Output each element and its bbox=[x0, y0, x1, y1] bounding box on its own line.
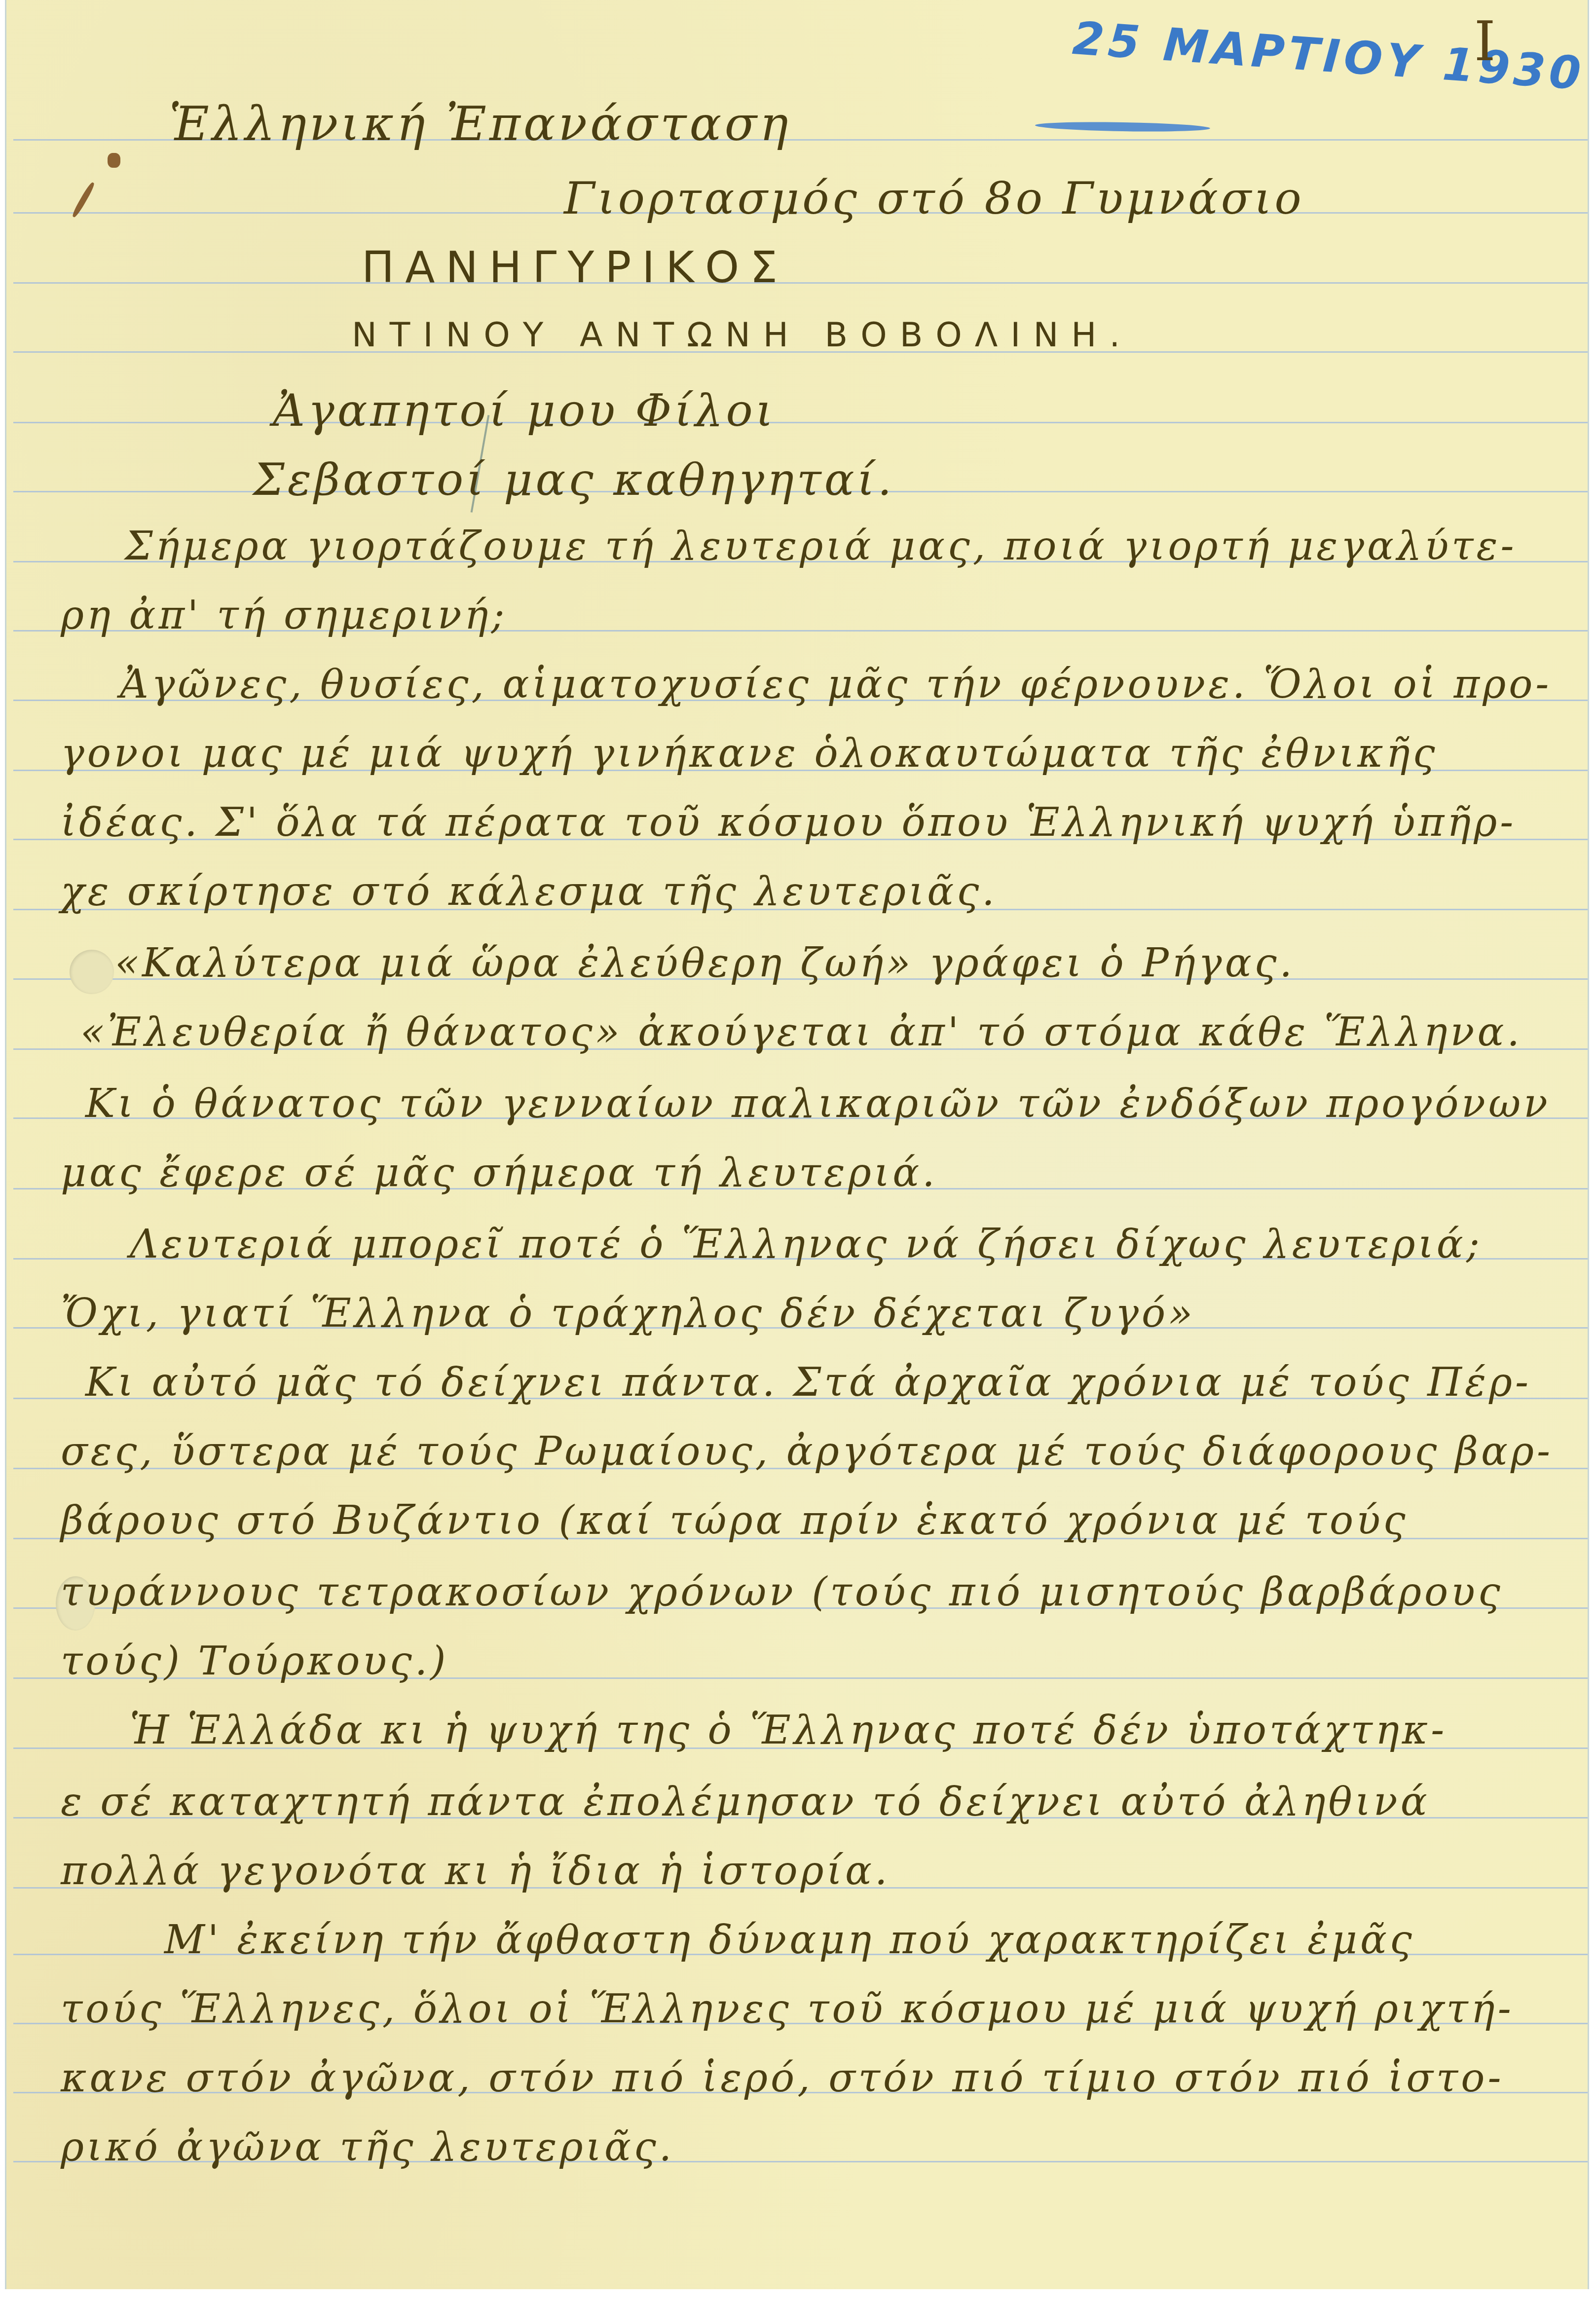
text-line: «Ἐλευθερία ἤ θάνατος» ἀκούγεται ἀπ' τό σ… bbox=[80, 1009, 1522, 1055]
text-line: Μ' ἐκείνη τήν ἄφθαστη δύναμη πού χαρακτη… bbox=[164, 1917, 1415, 1963]
text-line: Ἡ Ἑλλάδα κι ἡ ψυχή της ὁ Ἕλληνας ποτέ δέ… bbox=[130, 1707, 1447, 1753]
text-line: τυράννους τετρακοσίων χρόνων (τούς πιό μ… bbox=[61, 1569, 1503, 1615]
text-line: Ὄχι, γιατί Ἕλληνα ὁ τράχηλος δέν δέχεται… bbox=[61, 1290, 1195, 1336]
text-line: Κι ὁ θάνατος τῶν γενναίων παλικαριῶν τῶν… bbox=[85, 1080, 1551, 1126]
text-line: «Καλύτερα μιά ὥρα ἐλεύθερη ζωή» γράφει ὁ… bbox=[115, 940, 1295, 986]
text-line: ἰδέας. Σ' ὅλα τά πέρατα τοῦ κόσμου ὅπου … bbox=[61, 799, 1516, 845]
text-line: ρικό ἀγῶνα τῆς λευτεριᾶς. bbox=[61, 2124, 674, 2170]
text-line: Κι αὐτό μᾶς τό δείχνει πάντα. Στά ἀρχαῖα… bbox=[85, 1359, 1531, 1405]
salutation-line: Ἀγαπητοί μου Φίλοι bbox=[273, 385, 776, 437]
text-line: ε σέ καταχτητή πάντα ἐπολέμησαν τό δείχν… bbox=[61, 1779, 1430, 1824]
text-line: χε σκίρτησε στό κάλεσμα τῆς λευτεριᾶς. bbox=[61, 868, 998, 914]
heading-subtitle: Γιορτασμός στό 8ο Γυμνάσιο bbox=[564, 173, 1304, 224]
salutation-line: Σεβαστοί μας καθηγηταί. bbox=[253, 454, 894, 506]
heading-author: ΝΤΙΝΟΥ ΑΝΤΩΝΗ ΒΟΒΟΛΙΝΗ. bbox=[352, 316, 1133, 355]
date-annotation: 25 ΜΑΡΤΙΟΥ 1930 bbox=[1071, 12, 1587, 100]
ink-stain bbox=[108, 153, 120, 168]
punch-hole bbox=[70, 950, 114, 994]
manuscript-page: 25 ΜΑΡΤΙΟΥ 1930 I Ἑλληνική Ἐπανάσταση Γι… bbox=[5, 0, 1589, 2289]
text-line: βάρους στό Βυζάντιο (καί τώρα πρίν ἑκατό… bbox=[61, 1497, 1409, 1543]
text-line: ρη ἀπ' τή σημερινή; bbox=[61, 592, 507, 638]
text-line: πολλά γεγονότα κι ἡ ἴδια ἡ ἱστορία. bbox=[61, 1848, 890, 1894]
text-line: κανε στόν ἀγῶνα, στόν πιό ἱερό, στόν πιό… bbox=[61, 2055, 1504, 2101]
heading-label: ΠΑΝΗΓΥΡΙΚΟΣ bbox=[362, 242, 788, 293]
ruled-line bbox=[13, 282, 1588, 284]
text-line: Σήμερα γιορτάζουμε τή λευτεριά μας, ποιά… bbox=[125, 523, 1517, 569]
ruled-line bbox=[13, 422, 1588, 423]
heading-title: Ἑλληνική Ἐπανάσταση bbox=[169, 96, 791, 151]
page-marker: I bbox=[1474, 10, 1495, 73]
text-line: γονοι μας μέ μιά ψυχή γινήκανε ὁλοκαυτώμ… bbox=[61, 730, 1438, 776]
text-line: τούς) Τούρκους.) bbox=[61, 1638, 448, 1684]
text-line: σες, ὕστερα μέ τούς Ρωμαίους, ἀργότερα μ… bbox=[61, 1428, 1553, 1474]
text-line: τούς Ἕλληνες, ὅλοι οἱ Ἕλληνες τοῦ κόσμου… bbox=[61, 1986, 1514, 2032]
text-line: Ἀγῶνες, θυσίες, αἱματοχυσίες μᾶς τήν φέρ… bbox=[120, 661, 1552, 707]
date-underline bbox=[1035, 121, 1210, 133]
text-line: Λευτεριά μπορεῖ ποτέ ὁ Ἕλληνας νά ζήσει … bbox=[130, 1221, 1483, 1267]
text-line: μας ἔφερε σέ μᾶς σήμερα τή λευτεριά. bbox=[61, 1150, 938, 1195]
